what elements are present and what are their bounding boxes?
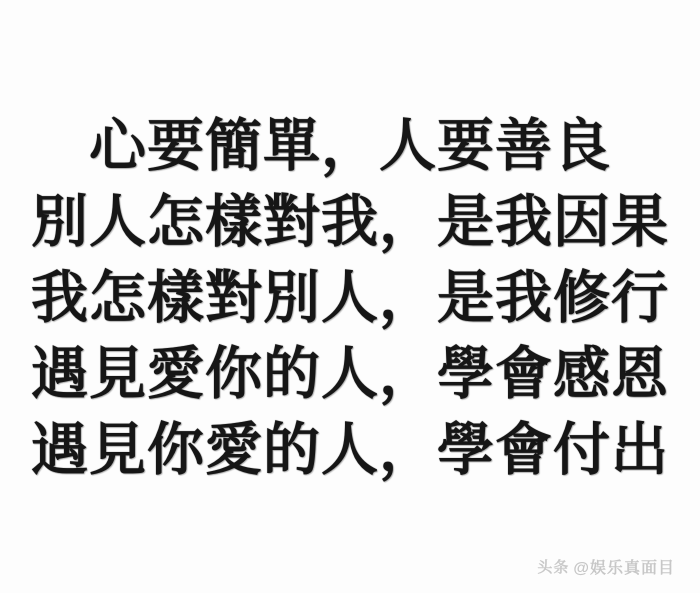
quote-line: 我怎樣對別人，是我修行	[0, 260, 700, 336]
quote-line: 遇見你愛的人，學會付出	[0, 412, 700, 488]
watermark-handle: @娱乐真面目	[573, 555, 675, 578]
quote-block: 心要簡單，人要善良 別人怎樣對我，是我因果 我怎樣對別人，是我修行 遇見愛你的人…	[0, 108, 700, 488]
watermark: 头条 @娱乐真面目	[537, 555, 675, 578]
quote-line: 別人怎樣對我，是我因果	[0, 184, 700, 260]
quote-line: 遇見愛你的人，學會感恩	[0, 336, 700, 412]
toutiao-logo-icon: 头条	[537, 556, 569, 577]
quote-line: 心要簡單，人要善良	[0, 108, 700, 184]
